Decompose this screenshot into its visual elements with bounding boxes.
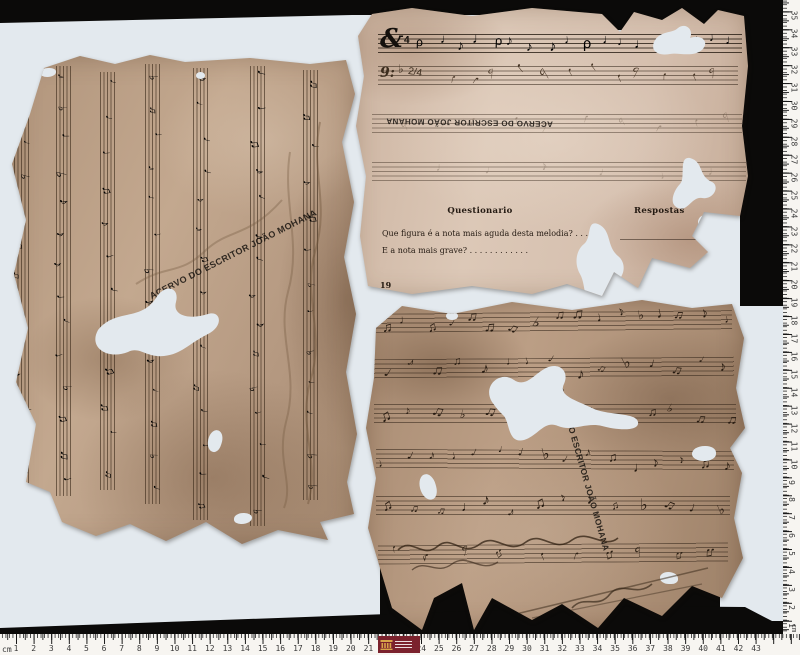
ruler-number: 17 [293, 644, 303, 653]
handwritten-staff: 9: ♭ 2/4 ♩♩♭♩♭♩♩♩♭♩♩♭ [378, 66, 738, 85]
ruler-number: 27 [469, 644, 479, 653]
note-glyph: ♭ [53, 170, 68, 180]
note-glyph: ♭ [715, 502, 726, 517]
ruler-number: 7 [787, 515, 796, 520]
questionnaire-heading: Questionario [422, 206, 538, 216]
note-glyph: ♫ [425, 319, 438, 334]
ruler-number: 3 [49, 644, 54, 653]
note-glyph: ♫ [554, 307, 565, 321]
note-glyph: ♩ [196, 407, 209, 420]
ruler-number: 30 [522, 644, 532, 653]
ruler-number: 19 [789, 298, 798, 308]
note-glyph: ♩ [12, 434, 25, 447]
ruler-number: 36 [628, 644, 638, 653]
note-glyph: ♭ [17, 78, 29, 84]
ruler-number: 16 [789, 352, 798, 362]
note-glyph: ♫ [307, 78, 322, 90]
ruler-number: 34 [593, 644, 603, 653]
note-glyph: ♭ [145, 75, 157, 81]
note-glyph: ♫ [647, 406, 657, 419]
ruler-number: 5 [787, 551, 796, 556]
note-glyph: ♭ [707, 65, 714, 79]
note-glyph: ♩ [148, 484, 162, 498]
manuscript-page-left: ♭♭♩♭♭♫♫♩♫♪♩♩♪ ♪♭♩♭♪♪♪♩♩♩♭♫♫♩ ♩♩♩♫♪♩♩♭♫♫♩… [10, 52, 360, 547]
ruler-number: 28 [789, 137, 798, 147]
note-glyph: ♭ [459, 409, 467, 421]
note-glyph: ♪ [457, 38, 465, 52]
ruler-number: 10 [789, 459, 798, 469]
note-glyph: ♫ [10, 270, 22, 280]
leader-dots: . . . . . . . . . . . . [470, 246, 529, 255]
treble-clef-icon: & [380, 26, 403, 52]
ruler-number: 8 [137, 644, 142, 653]
note-glyph: ♪ [145, 165, 156, 172]
note-glyph: ♩ [152, 131, 164, 143]
note-glyph: ♪ [482, 493, 492, 510]
note-glyph: ♪ [58, 198, 72, 206]
note-glyph: ♩ [582, 60, 601, 79]
note-glyph: ♩ [608, 71, 625, 88]
question-2: E a nota mais grave? [382, 246, 467, 255]
note-glyph: ♪ [717, 358, 727, 373]
ruler-number: 35 [789, 11, 798, 21]
note-glyph: ♫ [194, 501, 207, 511]
note-glyph: ♩ [601, 32, 615, 46]
note-glyph: ♫ [570, 306, 584, 324]
ruler-number: 25 [789, 190, 798, 200]
note-glyph: ♫ [673, 307, 686, 322]
note-glyph: ♫ [146, 105, 158, 115]
scanner-bed: ♭♭♩♭♭♫♫♩♫♪♩♩♪ ♪♭♩♭♪♪♪♩♩♩♭♫♫♩ ♩♩♩♫♪♩♩♭♫♫♩… [0, 0, 800, 655]
note-glyph: ♭ [720, 109, 730, 124]
tear-hole [446, 312, 458, 320]
ruler-number: 20 [789, 280, 798, 290]
note-glyph: ♩ [655, 304, 674, 323]
note-glyph: ♭ [54, 106, 66, 112]
note-glyph: ♩ [697, 353, 713, 369]
note-glyph: ♫ [409, 503, 420, 516]
ruler-number: 14 [789, 388, 798, 398]
ruler-number: 13 [223, 644, 233, 653]
ruler-number: 11 [187, 644, 197, 653]
ruler-number: 39 [681, 644, 691, 653]
note-glyph: ♩ [19, 140, 31, 152]
archive-logo [378, 636, 420, 653]
ruler-number: 19 [328, 644, 338, 653]
note-glyph: ♭ [247, 386, 259, 393]
note-glyph: ♫ [100, 185, 114, 196]
ruler-number: 21 [789, 262, 798, 272]
ruler-number: 6 [102, 644, 107, 653]
flat-icon: ♭ [398, 63, 404, 75]
ruler-number: 3 [787, 587, 796, 592]
note-glyph: ♫ [56, 412, 70, 424]
tear-hole [698, 214, 718, 229]
note-glyph: ♪ [526, 40, 533, 54]
note-glyph: ♫ [610, 500, 621, 513]
note-glyph: ♫ [13, 241, 25, 251]
note-glyph: ♩ [563, 32, 576, 45]
note-glyph: ♩ [472, 31, 487, 46]
note-glyph: ♭ [18, 172, 31, 181]
note-glyph: ♫ [102, 364, 118, 377]
note-glyph: ♪ [428, 448, 436, 461]
note-glyph: ♪ [724, 458, 732, 472]
ruler-number: 31 [789, 83, 798, 93]
note-glyph: ♪ [558, 492, 569, 505]
ruler-number: 28 [487, 644, 497, 653]
note-glyph: ♫ [147, 419, 159, 429]
ruler-number: 40 [698, 644, 708, 653]
note-glyph: ♪ [52, 260, 65, 269]
note-glyph: ♩ [100, 149, 113, 162]
note-glyph: ♭ [529, 315, 543, 331]
note-glyph: ♩ [101, 114, 114, 127]
ruler-number: 29 [789, 119, 798, 129]
note-glyph: ♫ [670, 362, 685, 379]
note-glyph: ♫ [430, 402, 448, 421]
note-glyph: ♫ [378, 407, 394, 425]
note-glyph: ♩ [404, 448, 423, 467]
note-glyph: ♫ [453, 357, 462, 369]
note-glyph: ♩ [198, 135, 212, 149]
exercise-page: & 4 ρ♩♪♩ρ♪♪♪♩ρ♩♩♩♪♪♩♩♩ 9: ♭ 2/4 ♩♩♭♩♭♩♩♩… [352, 6, 750, 298]
note-glyph: ♫ [57, 449, 72, 462]
ruler-number: 9 [787, 480, 796, 485]
tear-hole [572, 222, 630, 300]
note-glyph: ♪ [10, 370, 23, 378]
ruler-number: 15 [789, 370, 798, 380]
note-glyph: ♩ [616, 34, 629, 47]
ruler-number: 38 [663, 644, 673, 653]
tear-hole [196, 72, 205, 79]
note-glyph: ♭ [147, 453, 158, 458]
note-glyph: ♪ [548, 39, 557, 55]
note-glyph: ♫ [725, 412, 738, 428]
note-glyph: ♩ [450, 448, 464, 462]
ruler-number: 33 [789, 47, 798, 57]
note-glyph: ♩ [60, 474, 76, 490]
manuscript-page-bottom: ♫♩♫♩♫♫♫♭♫♫♩♪♭♩♫♪♩ ♩♪♫♫♪♩♩♩♪♫♭♩♫♩♪ ♫♪♫♭♫♪… [362, 298, 747, 633]
tear-hole [88, 278, 223, 360]
ruler-number: 16 [275, 644, 285, 653]
note-glyph: ♭ [535, 65, 549, 82]
ruler-number: 22 [789, 244, 798, 254]
vertical-staff: ♪♭♩♭♪♪♪♩♩♩♭♫♫♩ [56, 66, 71, 496]
note-glyph: ♫ [532, 495, 547, 513]
ruler-number: 26 [452, 644, 462, 653]
note-glyph: ♩ [595, 309, 612, 326]
question-line: E a nota mais grave? . . . . . . . . . .… [382, 246, 528, 255]
time-signature: 2/4 [407, 67, 422, 79]
answer-line [620, 239, 732, 240]
note-glyph: ♭ [640, 498, 648, 514]
note-glyph: ♩ [461, 500, 476, 515]
note-glyph: ρ [583, 37, 591, 52]
note-glyph: ♩ [686, 116, 702, 132]
note-glyph: ♪ [505, 33, 513, 47]
answer-fragment: a nota [694, 232, 716, 240]
tear-hole [668, 156, 718, 214]
note-glyph: ♫ [505, 320, 521, 337]
note-glyph: ♩ [463, 69, 481, 87]
ruler-number: 7 [119, 644, 124, 653]
note-glyph: ♪ [55, 229, 68, 238]
building-icon [380, 639, 393, 650]
note-glyph: ρ [494, 35, 502, 48]
ruler-number: 2 [31, 644, 36, 653]
note-glyph: ♩ [634, 36, 648, 50]
pencil-scribbles [512, 550, 712, 620]
note-glyph: ♫ [430, 363, 444, 380]
note-glyph: ♩ [441, 71, 456, 86]
note-glyph: ♩ [506, 60, 528, 82]
ruler-number: 32 [557, 644, 567, 653]
bottom-ruler-unit: cm [2, 645, 12, 654]
tear-hole [650, 24, 710, 58]
bass-clef-icon: 9: [380, 66, 395, 80]
ruler-number: 5 [84, 644, 89, 653]
note-glyph: ♩ [57, 317, 71, 331]
note-glyph: ♫ [190, 382, 203, 393]
note-glyph: ♩ [558, 66, 576, 84]
ruler-number: 41 [716, 644, 726, 653]
ruler-number: 4 [66, 644, 71, 653]
ruler-number: 23 [789, 226, 798, 236]
ruler-number: 6 [787, 533, 796, 538]
question-1: Que figura é a nota mais aguda desta mel… [382, 229, 573, 238]
note-glyph: ♩ [683, 70, 700, 87]
ruler-number: 37 [645, 644, 655, 653]
note-glyph: ♩ [53, 351, 69, 367]
ruler-number: 43 [751, 644, 761, 653]
note-glyph: ♭ [665, 403, 675, 416]
note-glyph: ♫ [694, 411, 708, 427]
note-glyph: ♩ [108, 430, 119, 441]
note-glyph: ♪ [615, 305, 627, 319]
note-glyph: ♫ [13, 338, 24, 346]
ruler-number: 29 [505, 644, 515, 653]
handwritten-staff: ♫♩♫♩♫♫♫♭♫♫♩♪♭♩♫♪♩ [376, 310, 732, 333]
note-glyph: ♪ [405, 405, 412, 417]
logo-text-lines [395, 641, 412, 648]
note-glyph: ♩ [440, 32, 453, 45]
note-glyph: ♩ [709, 31, 722, 44]
note-glyph: ♪ [540, 160, 549, 174]
ruler-number: 34 [789, 29, 798, 39]
note-glyph: ♫ [382, 320, 393, 334]
note-glyph: ♩ [723, 312, 737, 326]
ruler-number: 31 [540, 644, 550, 653]
note-glyph: ♪ [405, 356, 417, 370]
ruler-number: 32 [789, 65, 798, 75]
tear-hole [692, 446, 716, 461]
note-glyph: ♩ [648, 356, 665, 373]
note-glyph: ♩ [687, 501, 705, 519]
note-glyph: ♩ [725, 33, 738, 46]
ruler-number: 27 [789, 154, 798, 164]
note-glyph: ♩ [55, 293, 69, 307]
note-glyph: ♪ [699, 305, 711, 321]
ruler-number: 15 [258, 644, 268, 653]
ruler-number: 9 [155, 644, 160, 653]
time-signature: 4 [404, 36, 410, 46]
note-glyph: ♩ [192, 100, 205, 113]
note-glyph: ♩ [12, 303, 23, 314]
ruler-number: 12 [205, 644, 215, 653]
ruler-number: 1 [14, 644, 19, 653]
note-glyph: ♩ [381, 364, 402, 385]
note-glyph: ♩ [575, 111, 590, 126]
ruler-number: 4 [787, 569, 796, 574]
note-glyph: ♩ [399, 313, 412, 326]
note-glyph: ♭ [16, 114, 27, 120]
note-glyph: ♭ [61, 386, 73, 392]
note-glyph: ♩ [377, 456, 391, 470]
ruler-number: 2 [787, 605, 796, 610]
note-glyph: ♫ [380, 497, 395, 514]
note-glyph: ♩ [197, 471, 210, 484]
ruler-number: 10 [170, 644, 180, 653]
note-glyph: ♩ [598, 166, 612, 180]
ruler-number: 8 [787, 498, 796, 503]
note-glyph: ♪ [505, 505, 516, 519]
note-glyph: ♪ [54, 72, 65, 79]
ruler-number: 13 [789, 406, 798, 416]
note-glyph: ♭ [616, 114, 626, 126]
ruler-number: 18 [311, 644, 321, 653]
ruler-number: 33 [575, 644, 585, 653]
ruler-number: 17 [789, 334, 798, 344]
ruler-number: 21 [364, 644, 374, 653]
right-ruler: cm 1234567891011121314151617181920212223… [783, 0, 800, 634]
note-glyph: ♫ [98, 402, 111, 412]
note-glyph: ♩ [103, 251, 119, 267]
note-glyph: ♭ [11, 211, 24, 218]
note-glyph: ♪ [18, 470, 30, 476]
note-glyph: ♩ [655, 70, 667, 82]
vertical-staff: ♭♭♩♭♭♫♫♩♫♪♩♩♪ [14, 70, 29, 490]
ruler-number: 42 [734, 644, 744, 653]
note-glyph: ♫ [660, 496, 678, 514]
note-glyph: ♩ [647, 118, 665, 136]
page-number: 19 [380, 280, 391, 290]
note-glyph: ♩ [252, 69, 268, 85]
ruler-number: 18 [789, 316, 798, 326]
note-glyph: ♪ [98, 220, 110, 227]
note-glyph: ♫ [101, 469, 114, 480]
note-glyph: ♩ [436, 161, 448, 173]
ruler-number: 14 [240, 644, 250, 653]
note-glyph: ♭ [629, 63, 642, 79]
ruler-number: 20 [346, 644, 356, 653]
ruler-number: 35 [610, 644, 620, 653]
note-glyph: ♪ [650, 455, 661, 470]
note-glyph: ♩ [484, 165, 497, 178]
note-glyph: ♩ [105, 78, 118, 91]
ruler-number: 1 [787, 623, 796, 628]
ruler-number: 30 [789, 101, 798, 111]
ruler-number: 25 [434, 644, 444, 653]
ruler-number: 12 [789, 423, 798, 433]
tear-hole [480, 360, 640, 470]
note-glyph: ♩ [20, 406, 34, 420]
note-glyph: ♪ [678, 454, 687, 466]
ruler-number: 24 [789, 208, 798, 218]
question-line: Que figura é a nota mais aguda desta mel… [382, 229, 598, 238]
ruler-number: 26 [789, 172, 798, 182]
note-glyph: ♩ [59, 133, 71, 145]
note-glyph: ♫ [436, 505, 447, 518]
note-glyph: ♭ [486, 66, 494, 80]
note-glyph: ♭ [637, 308, 645, 321]
note-glyph: ♪ [245, 292, 258, 300]
ruler-number: 11 [789, 441, 798, 451]
note-glyph: ♫ [483, 319, 497, 336]
note-glyph: ♫ [466, 309, 479, 325]
note-glyph: ρ [416, 36, 423, 48]
note-glyph: ♩ [148, 388, 160, 400]
